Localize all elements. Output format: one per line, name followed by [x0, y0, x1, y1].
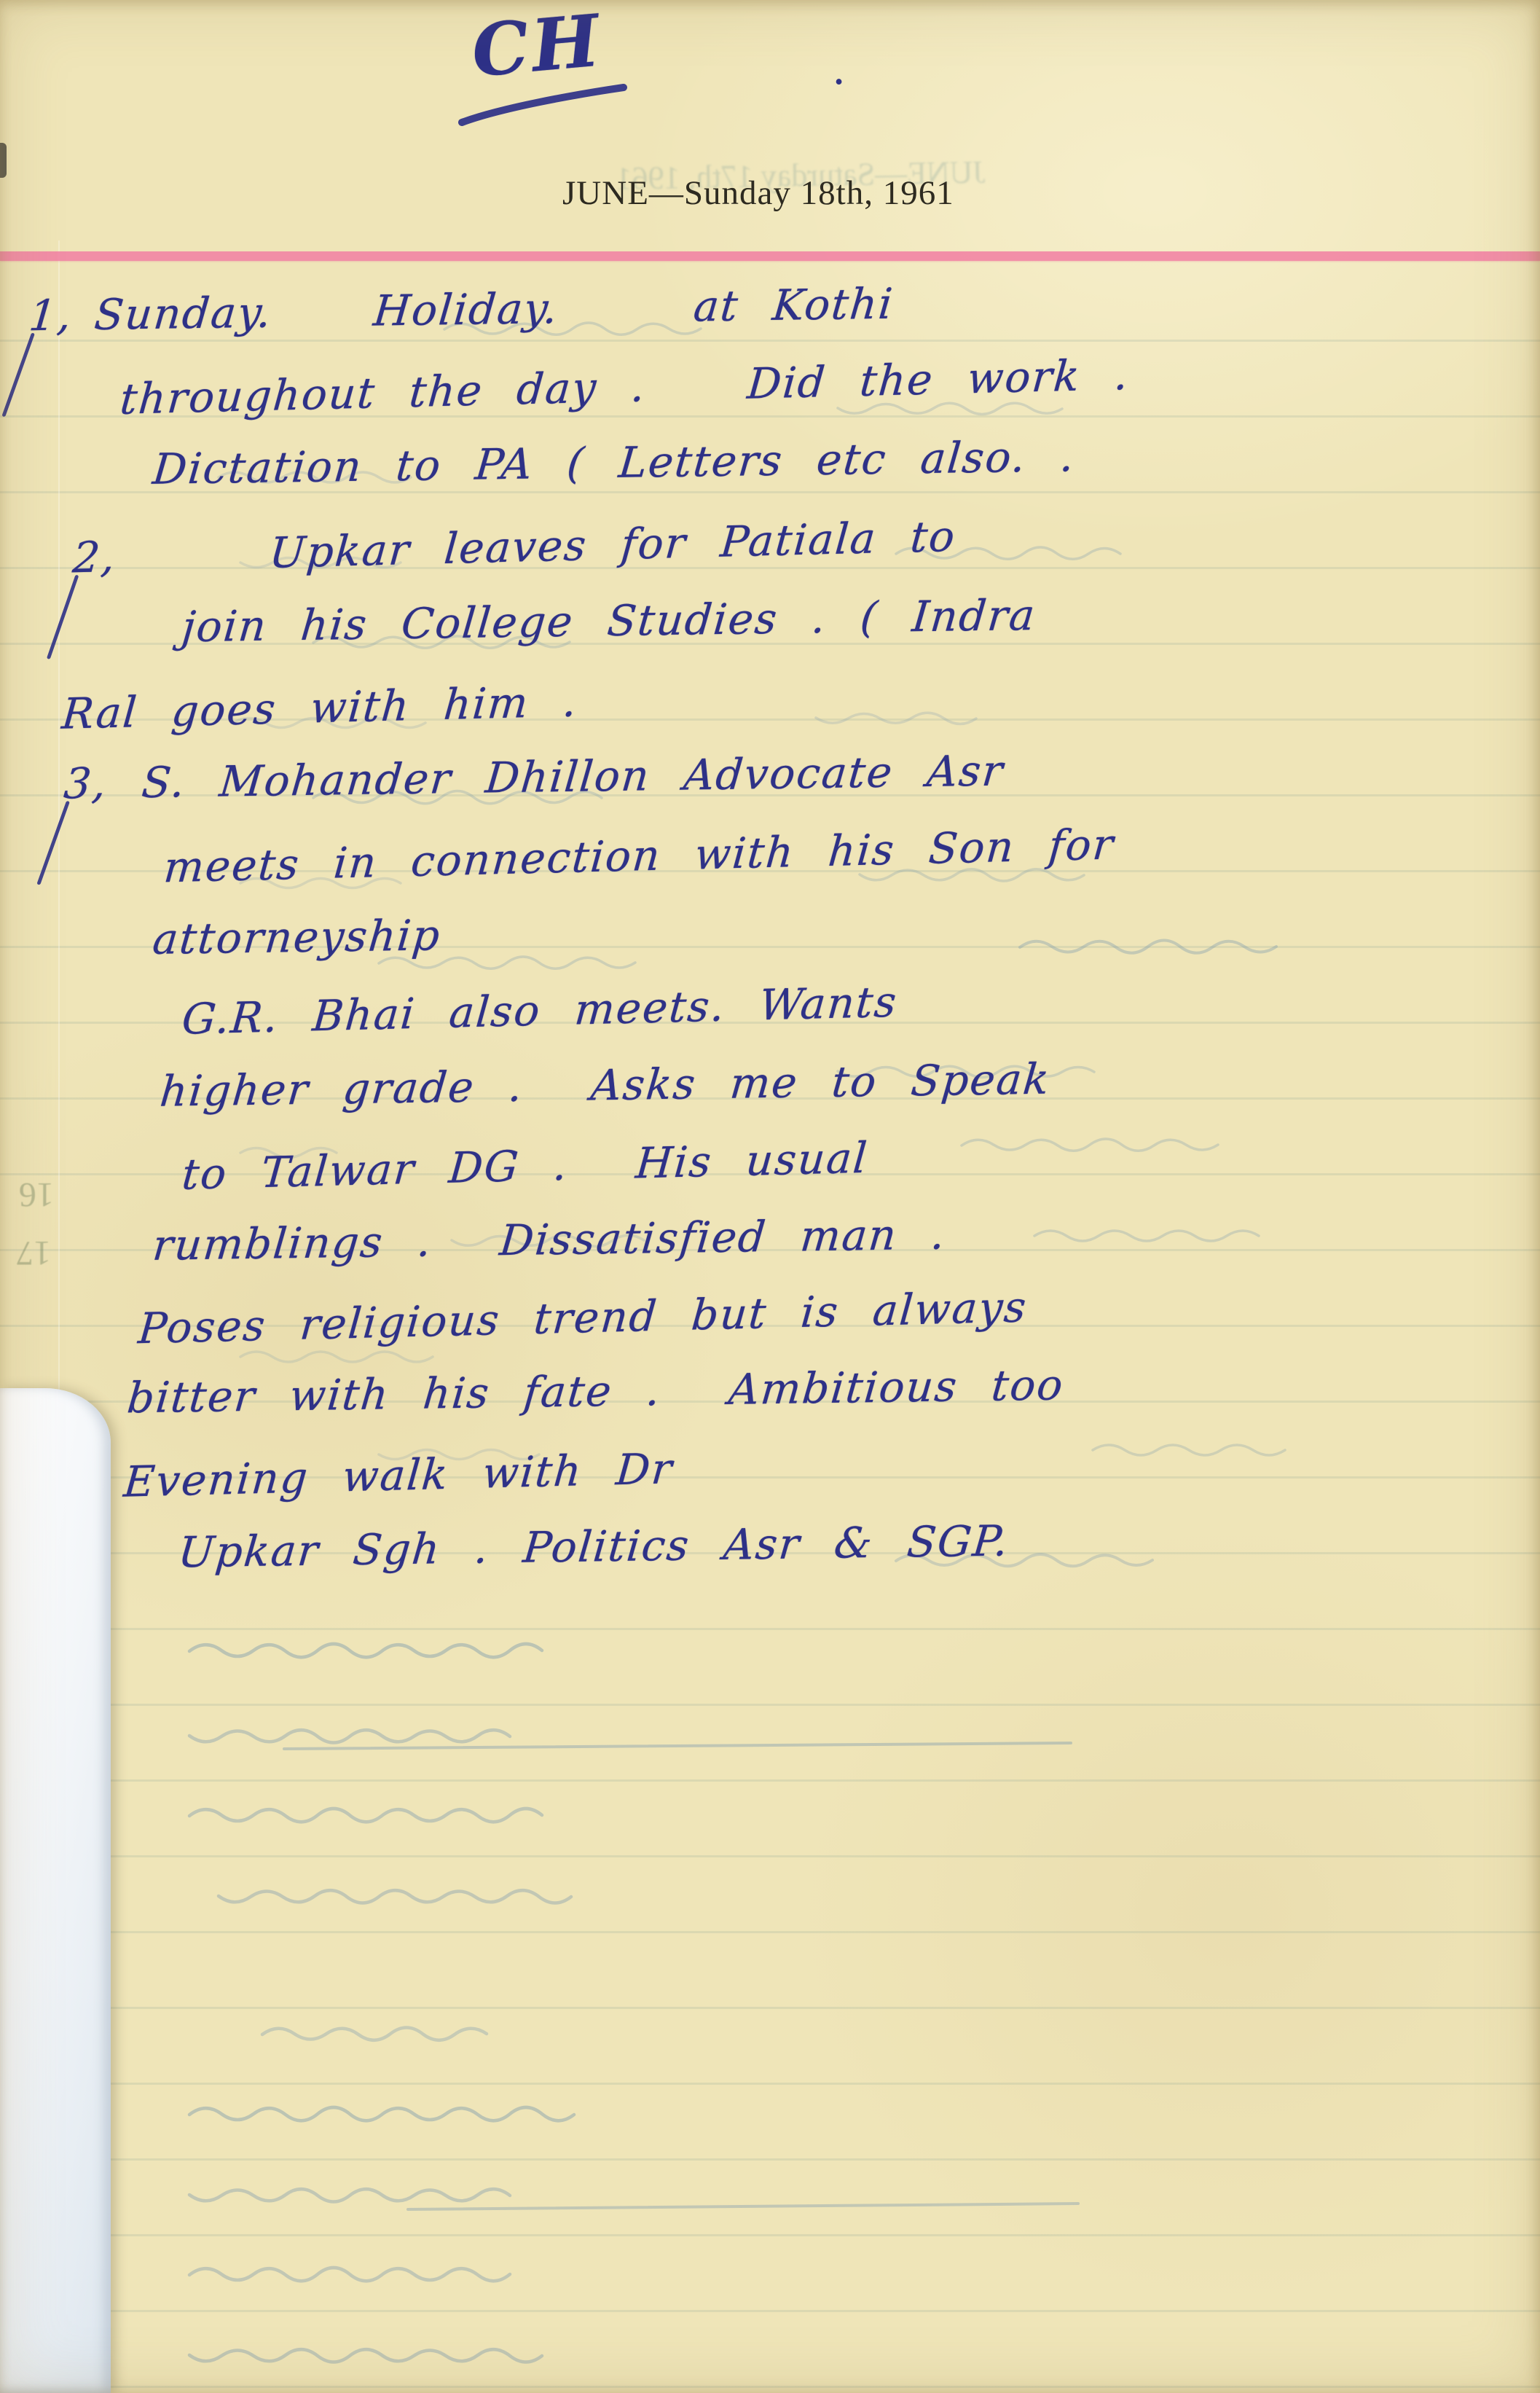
entry-text: rumblings . Dissatisfied man . — [151, 1210, 948, 1270]
entry-number: 1, — [27, 290, 75, 340]
entry-number: 3, — [62, 759, 110, 809]
diary-page-scan: JUNE—Saturday 17th, 1961 JUNE—Sunday 18t… — [0, 0, 1540, 2393]
scan-edge-mark — [0, 143, 7, 178]
printed-date-header: JUNE—Sunday 18th, 1961 — [562, 173, 954, 213]
entry-text: attorneyship — [151, 910, 443, 964]
ghost-page-number: 16 — [19, 1175, 54, 1215]
monogram-initials: CH — [468, 0, 605, 94]
monogram-period: . — [832, 44, 846, 95]
entry-text: Upkar Sgh . Politics Asr & SGP. — [176, 1516, 1011, 1577]
ghost-page-number: 17 — [16, 1233, 51, 1273]
entry-text: Sunday. Holiday. at Kothi — [93, 279, 896, 340]
page-curl-corner — [0, 1388, 111, 2393]
pink-rule-divider — [0, 251, 1540, 261]
entry-number: 2, — [71, 532, 118, 583]
